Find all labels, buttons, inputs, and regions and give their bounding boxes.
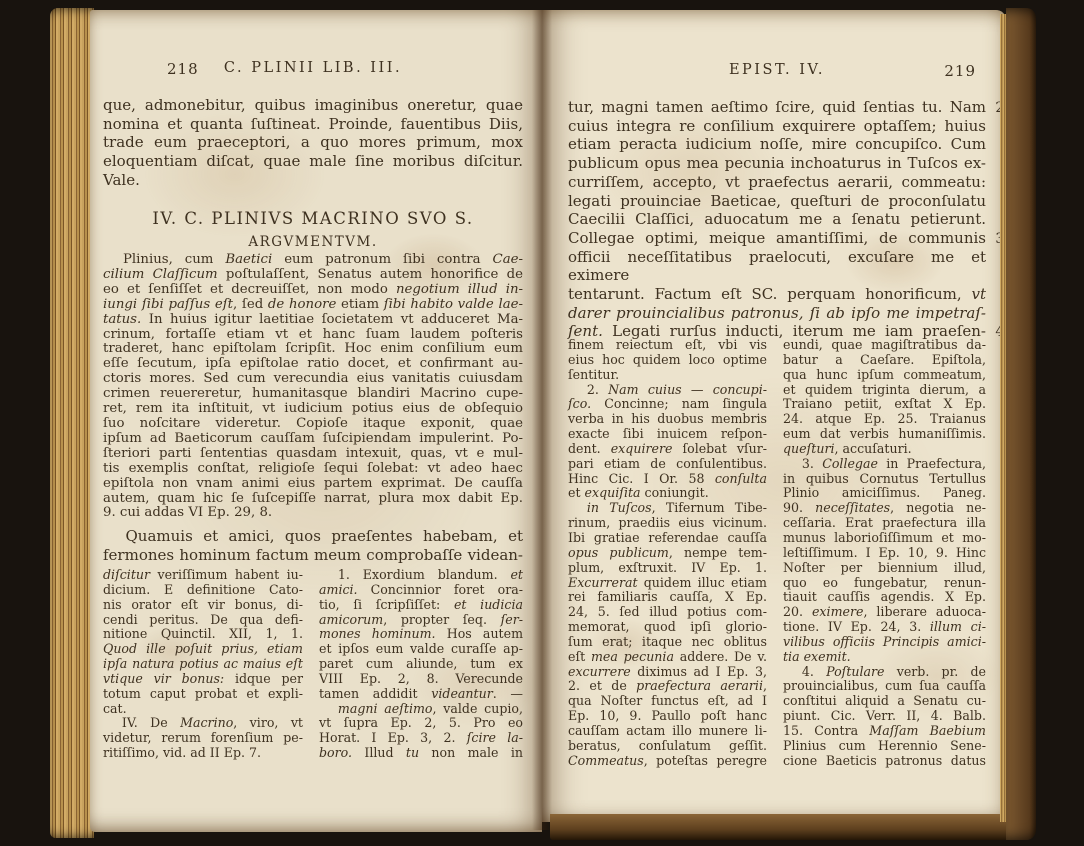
text-line: Traiano petiit, exſtat X Ep. — [783, 397, 986, 412]
text-line: IV. De Macrino, viro, vt — [103, 716, 303, 731]
text-line: plum, exſtruxit. IV Ep. 1. — [568, 561, 767, 576]
text-line: eſt mea pecunia addere. De v. — [568, 650, 767, 665]
text-line: epiſtola non vnam animi eius partem expr… — [103, 477, 523, 492]
text-line: trade eum praeceptori, a quo mores primu… — [103, 133, 523, 152]
text-line: 9. cui addas VI Ep. 29, 8. — [103, 506, 523, 521]
book-cover-right — [1006, 8, 1036, 840]
text-line: excurrere diximus ad I Ep. 3, — [568, 665, 767, 680]
right-page-number: 219 — [944, 62, 976, 80]
text-line: ſentitur. — [568, 368, 767, 383]
section-heading: IV. C. PLINIVS MACRINO SVO S. — [103, 209, 523, 228]
text-line: in quibus Cornutus Tertullus — [783, 472, 986, 487]
text-line: ſuo noſcitare videretur. Copioſe itaque … — [103, 417, 523, 432]
text-line: ctoris mores. Sed cum verecundia eius va… — [103, 372, 523, 387]
text-line: amicorum, propter ſeq. ſer- — [319, 613, 523, 628]
footnote-column-1: diſcitur veriſſimum habent iu-dicium. E … — [103, 568, 303, 761]
text-line: Caecilii Claſſici, aduocatum me a ſenatu… — [568, 210, 986, 229]
text-line: 24, 5. ſed illud potius com- — [568, 605, 767, 620]
left-page-header: 218 C. PLINII LIB. III. — [103, 60, 523, 80]
text-line: nis orator eſt vir bonus, di- — [103, 598, 303, 613]
text-line: tio, ſi ſcripſiſſet: et iudicia — [319, 598, 523, 613]
text-line: magni aeſtimo, valde cupio, — [319, 702, 523, 717]
text-line: crimen reuereretur, humanitasque blandir… — [103, 387, 523, 402]
text-line: ſum erat; itaque nec oblitus — [568, 635, 767, 650]
text-line: tia exemit. — [783, 650, 986, 665]
text-line: Plinius cum Herennio Sene- — [783, 739, 986, 754]
text-line: Collegae optimi, meique amantiſſimi, de … — [568, 229, 986, 248]
text-line: eo et ſenſiſſet et decreuiſſet, non modo… — [103, 283, 523, 298]
text-line: 20. eximere, liberare aduoca- — [783, 605, 986, 620]
text-line: in Tuſcos, Tifernum Tibe- — [568, 501, 767, 516]
letter-body-start: Quamuis et amici, quos praeſentes habeba… — [103, 527, 523, 564]
text-line: qua hunc ipſum commeatum, — [783, 368, 986, 383]
text-line: nomina et quanta ſuſtineat. Proinde, fau… — [103, 115, 523, 134]
text-line: eius hoc quidem loco optime — [568, 353, 767, 368]
text-line: et ipſos eum valde curaſſe ap- — [319, 642, 523, 657]
text-line: 90. neceſſitates, negotia ne- — [783, 501, 986, 516]
cover-bottom-edge — [550, 814, 1018, 840]
text-line: curriſſem, accepto, vt praefectus aerari… — [568, 173, 986, 192]
text-line: cilium Claſſicum poſtulaſſent, Senatus a… — [103, 268, 523, 283]
text-line: ceſſaria. Erat praefectura illa — [783, 516, 986, 531]
text-line: et exquiſita coniungit. — [568, 486, 767, 501]
text-line: Plinio amiciſſimus. Paneg. — [783, 486, 986, 501]
text-line: iungi ſibi paſſus eſt, ſed de honore eti… — [103, 298, 523, 313]
text-line: batur a Caeſare. Epiſtola, — [783, 353, 986, 368]
argument-text: Plinius, cum Baetici eum patronum ſibi c… — [103, 253, 523, 521]
footnote-column-2: 1. Exordium blandum. etamici. Concinnior… — [319, 568, 523, 761]
text-line: 4. Poſtulare verb. pr. de — [783, 665, 986, 680]
text-line: officii neceſſitatibus praelocuti, excuſ… — [568, 248, 986, 285]
text-line: quo eo fungebatur, renun- — [783, 576, 986, 591]
text-line: tione. IV Ep. 24, 3. illum ci- — [783, 620, 986, 635]
text-line: tamen addidit videantur. — — [319, 687, 523, 702]
text-line: eſſe ſecutum, ipſa epiſtolae ratio docet… — [103, 357, 523, 372]
text-line: etiam peracta iudicium noſſe, mire concu… — [568, 135, 986, 154]
text-line: Plinius, cum Baetici eum patronum ſibi c… — [103, 253, 523, 268]
text-line: ſteriori parti ſententias quasdam intexu… — [103, 447, 523, 462]
text-line: vilibus officiis Principis amici- — [783, 635, 986, 650]
photo-background: 218 C. PLINII LIB. III. que, admonebitur… — [0, 0, 1084, 846]
footnote-column-1: finem reiectum eſt, vbi viseius hoc quid… — [568, 338, 767, 768]
right-page-header: EPIST. IV. 219 — [568, 62, 986, 82]
right-running-header: EPIST. IV. — [568, 62, 986, 78]
text-line: ritiſſimo, vid. ad II Ep. 7. — [103, 746, 303, 761]
text-line: crinum, fortaſſe etiam vt et hanc ſuam l… — [103, 328, 523, 343]
text-line: leſtiſſimum. I Ep. 10, 9. Hinc — [783, 546, 986, 561]
text-line: finem reiectum eſt, vbi vis — [568, 338, 767, 353]
text-line: queſturi, accuſaturi. — [783, 442, 986, 457]
text-line: Noſter per biennium illud, — [783, 561, 986, 576]
text-line: eum dat verbis humaniſſimis. — [783, 427, 986, 442]
text-line: 24. atque Ep. 25. Traianus — [783, 412, 986, 427]
text-line: 2. et de praefectura aerarii, — [568, 679, 767, 694]
text-line: prouincialibus, cum ſua cauſſa — [783, 679, 986, 694]
text-line: vt ſupra Ep. 2, 5. Pro eo — [319, 716, 523, 731]
text-line: Hinc Cic. I Or. 58 conſulta — [568, 472, 767, 487]
text-line: dicium. E definitione Cato- — [103, 583, 303, 598]
text-line: qua Noſter functus eſt, ad I — [568, 694, 767, 709]
text-line: Horat. I Ep. 3, 2. ſcire la- — [319, 731, 523, 746]
text-line: 1. Exordium blandum. et — [319, 568, 523, 583]
letter-closing-paragraph: que, admonebitur, quibus imaginibus oner… — [103, 96, 523, 190]
text-line: tiauit cauſſis agendis. X Ep. — [783, 590, 986, 605]
text-line: boro. Illud tu non male in — [319, 746, 523, 761]
text-line: cat. — [103, 702, 303, 717]
text-line: ipſa natura potius ac maius eſt — [103, 657, 303, 672]
text-line: rei familiaris cauſſa, X Ep. — [568, 590, 767, 605]
argument-heading: ARGVMENTVM. — [103, 234, 523, 250]
left-footnotes: diſcitur veriſſimum habent iu-dicium. E … — [103, 568, 523, 761]
text-line: tis exemplis conſtat, religioſe ſequi ſo… — [103, 462, 523, 477]
text-line: tur, magni tamen aeſtimo ſcire, quid ſen… — [568, 98, 986, 117]
text-line: 3. Collegae in Praefectura, — [783, 457, 986, 472]
text-line: eloquentiam diſcat, quae male ſine morib… — [103, 152, 523, 171]
page-edges-left — [50, 8, 94, 838]
text-line: mones hominum. Hos autem — [319, 627, 523, 642]
text-line: 2. Nam cuius — concupi- — [568, 383, 767, 398]
text-line: cauſſam actam illo munere li- — [568, 724, 767, 739]
left-page: 218 C. PLINII LIB. III. que, admonebitur… — [90, 10, 542, 832]
text-line: opus publicum, nempe tem- — [568, 546, 767, 561]
text-line: Vale. — [103, 171, 523, 190]
text-line: verba in his duobus membris — [568, 412, 767, 427]
text-line: cione Baeticis patronus datus — [783, 754, 986, 769]
text-line: exacte ſibi inuicem reſpon- — [568, 427, 767, 442]
text-line: publicum opus mea pecunia inchoaturus in… — [568, 154, 986, 173]
left-running-header: C. PLINII LIB. III. — [103, 60, 523, 76]
text-line: dent. exquirere ſolebat vſur- — [568, 442, 767, 457]
text-line: cuius integra re conſilium exquirere opt… — [568, 117, 986, 136]
text-line: Commeatus, poteſtas peregre — [568, 754, 767, 769]
right-footnotes: finem reiectum eſt, vbi viseius hoc quid… — [568, 338, 986, 768]
text-line: nitione Quinctil. XII, 1, 1. — [103, 627, 303, 642]
text-line: darer prouincialibus patronus, ſi ab ipſ… — [568, 304, 986, 323]
text-line: traderet, hanc epiſtolam ſcripſit. Hoc e… — [103, 342, 523, 357]
text-line: rinum, praediis eius vicinum. — [568, 516, 767, 531]
text-line: videtur, rerum forenſium pe- — [103, 731, 303, 746]
text-line: ret, rem ita inſtituit, vt iudicium poti… — [103, 402, 523, 417]
text-line: pari etiam de conſulentibus. — [568, 457, 767, 472]
text-line: VIII Ep. 2, 8. Verecunde — [319, 672, 523, 687]
text-line: piunt. Cic. Verr. II, 4. Balb. — [783, 709, 986, 724]
text-line: Ep. 10, 9. Paullo poſt hanc — [568, 709, 767, 724]
text-line: Ibi gratiae referendae cauſſa — [568, 531, 767, 546]
open-book: 218 C. PLINII LIB. III. que, admonebitur… — [50, 8, 1036, 840]
text-line: munus laborioſiſſimum et mo- — [783, 531, 986, 546]
text-line: ſco. Concinne; nam ſingula — [568, 397, 767, 412]
text-line: et quidem triginta dierum, a — [783, 383, 986, 398]
text-line: memorat, quod ipſi glorio- — [568, 620, 767, 635]
left-page-number: 218 — [167, 60, 199, 78]
text-line: conſtitui aliquid a Senatu cu- — [783, 694, 986, 709]
text-line: tentarunt. Factum eſt SC. perquam honori… — [568, 285, 986, 304]
text-line: cendi peritus. De qua defi- — [103, 613, 303, 628]
text-line: autem, quam hic ſe ſuſcepiſſe narrat, pl… — [103, 492, 523, 507]
letter-body-continued: tur, magni tamen aeſtimo ſcire, quid ſen… — [568, 98, 986, 341]
text-line: tatus. In huius igitur laetitiae ſocieta… — [103, 313, 523, 328]
text-line: que, admonebitur, quibus imaginibus oner… — [103, 96, 523, 115]
footnote-column-2: eundi, quae magiſtratibus da-batur a Cae… — [783, 338, 986, 768]
text-line: fermones hominum factum meum comprobaſſe… — [103, 546, 523, 565]
text-line: beratus, conſulatum geſſit. — [568, 739, 767, 754]
right-page: EPIST. IV. 219 tur, magni tamen aeſtimo … — [542, 10, 1006, 822]
text-line: diſcitur veriſſimum habent iu- — [103, 568, 303, 583]
text-line: Quamuis et amici, quos praeſentes habeba… — [103, 527, 523, 546]
text-line: vtique vir bonus: idque per — [103, 672, 303, 687]
text-line: 15. Contra Maſſam Baebium — [783, 724, 986, 739]
text-line: paret cum aliunde, tum ex — [319, 657, 523, 672]
text-line: totum caput probat et expli- — [103, 687, 303, 702]
text-line: amici. Concinnior foret ora- — [319, 583, 523, 598]
text-line: Excurrerat quidem illuc etiam — [568, 576, 767, 591]
text-line: ipſum ad Baeticorum cauſſam ſuſcipiendam… — [103, 432, 523, 447]
text-line: eundi, quae magiſtratibus da- — [783, 338, 986, 353]
text-line: legati prouinciae Baeticae, queſturi de … — [568, 192, 986, 211]
text-line: Quod ille poſuit prius, etiam — [103, 642, 303, 657]
